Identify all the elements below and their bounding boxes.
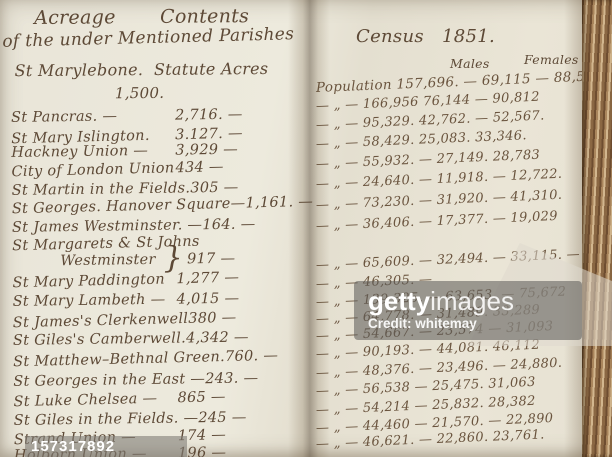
getty-logo-rest: images (430, 286, 514, 316)
parish-name: St Luke Chelsea — (13, 391, 157, 411)
ledger-entry: Westminster}917 — (12, 250, 268, 270)
parish-name: St James's Clerkenwell (13, 311, 189, 331)
acreage-value: 3.127. — (175, 125, 267, 143)
getty-logo-bold: getty (368, 286, 430, 316)
ledger-entry: St Matthew–Bethnal Green.760. — (13, 348, 269, 370)
parish-name: St Georges in the East — (13, 371, 205, 390)
ledger-entry: St Mary Paddington1,277 — (12, 269, 268, 291)
acreage-value: 380 — (188, 309, 269, 327)
parish-name: St Georges. Hanover Square— (12, 196, 246, 218)
watermark-credit: Credit: whitemay (368, 316, 582, 331)
acreage-value: 434 — (175, 158, 267, 176)
watermark-id-number: 157317892 (25, 436, 187, 457)
ledger-entry: City of London Union434 — (11, 158, 267, 180)
acreage-value: 4,015 — (177, 290, 269, 307)
ledger-entry: St Luke Chelsea —865 — (13, 388, 269, 410)
page-edge-shadow (564, 0, 584, 457)
parish-name: Westminster (60, 252, 156, 269)
ledger-entry: St Giles's Camberwell.4,342 — (13, 329, 269, 349)
parish-name: City of London Union (11, 160, 174, 180)
acreage-value: 4,342 — (186, 329, 269, 346)
parish-name: St James Westminster. — (12, 217, 203, 236)
grouping-brace: } (164, 251, 184, 267)
book-fore-edge (582, 0, 612, 457)
acreage-value: 3,929 — (175, 141, 267, 158)
acreage-value: 174 — (178, 426, 270, 444)
acreage-value (199, 232, 268, 250)
acreage-value: 245 — (198, 409, 270, 426)
acreage-value: 305 — (190, 179, 268, 196)
ledger-entry: St Pancras. —2,716. — (11, 106, 267, 126)
population-row: — „ — 36,406. — 17,377. — 19,029 (316, 209, 558, 234)
open-ledger-photo: Acreage Contents of the under Mentioned … (0, 0, 612, 457)
acreage-value: 164. — (202, 216, 268, 233)
ledger-entry: St Georges in the East —243. — (13, 370, 269, 390)
acreage-value: 196 — (178, 444, 270, 457)
getty-watermark-box: gettyimages Credit: whitemay (354, 281, 582, 340)
parish-name: St Mary Lambeth — (13, 292, 166, 310)
parish-name: St Pancras. — (11, 108, 117, 125)
ledger-entry: St Mary Lambeth —4,015 — (13, 290, 269, 310)
getty-logo: gettyimages (368, 288, 582, 314)
parish-name: Hackney Union — (11, 143, 148, 161)
census-title: Census 1851. (356, 26, 495, 47)
left-page-subheading-value: 1,500. (115, 84, 165, 102)
left-page-subheading: St Marylebone. Statute Acres (15, 59, 269, 80)
left-page: Acreage Contents of the under Mentioned … (0, 0, 302, 457)
parish-name: St Giles in the Fields. — (14, 410, 199, 429)
parish-name: St Martin in the Fields. (12, 180, 191, 198)
right-page: Census 1851. Males Females Population 15… (312, 0, 584, 457)
parish-name: St Giles's Camberwell. (13, 330, 186, 348)
acreage-value: 1,277 — (176, 269, 268, 287)
parish-name: St Matthew–Bethnal Green. (13, 349, 225, 370)
population-row: — „ — 58,429. 25,083. 33,346. (316, 128, 527, 152)
parish-name: St Mary Paddington (12, 271, 165, 291)
acreage-value: 2,716. — (175, 106, 267, 123)
acreage-value: 243. — (205, 370, 269, 387)
acreage-value: 865 — (177, 388, 269, 406)
acreage-value: 917 — (187, 250, 268, 267)
acreage-value: 1,161. — (245, 194, 313, 212)
acreage-value: 760. — (225, 348, 279, 365)
males-column-header: Males (450, 56, 490, 71)
parish-acreage-list: St Pancras. —2,716. —St Mary Islington.3… (0, 0, 298, 1)
ledger-entry: St James's Clerkenwell380 — (13, 309, 269, 331)
